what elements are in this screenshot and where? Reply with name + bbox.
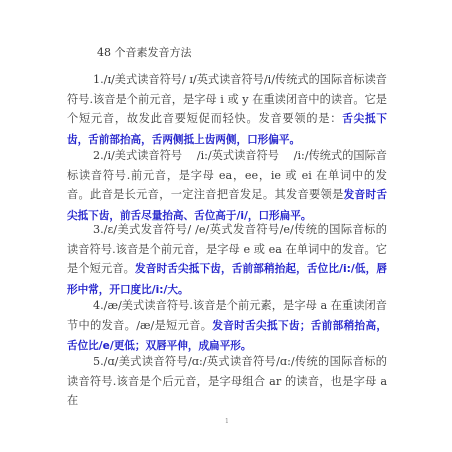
paragraph-text: 1./ɪ/美式读音符号/ ɪ/英式读音符号/i/传统式的国际音标读音符号.该音是… — [67, 73, 387, 125]
paragraph-2: 2./i/美式读音符号 /i:/英式读音符号 /i:/传统式的国际音标读音符号.… — [67, 146, 387, 226]
page-title: 48 个音素发音方法 — [97, 44, 192, 60]
paragraph-4: 4./æ/美式读音符号.该音是个前元素，是字母 a 在重读闭音节中的发音。/æ/… — [67, 296, 387, 357]
paragraph-5: 5./ɑ/美式读音符号/ɑ:/英式读音符号/ɑ:/传统的国际音标的读音符号.该音… — [67, 352, 387, 412]
paragraph-text: 2./i/美式读音符号 /i:/英式读音符号 /i:/传统式的国际音标读音符号.… — [67, 149, 387, 201]
paragraph-text: 5./ɑ/美式读音符号/ɑ:/英式读音符号/ɑ:/传统的国际音标的读音符号.该音… — [67, 355, 387, 407]
paragraph-3: 3./ɛ/美式发音符号/ /e/英式发音符号/e/传统的国际音标的读音符号.该音… — [67, 220, 387, 300]
paragraph-1: 1./ɪ/美式读音符号/ ɪ/英式读音符号/i/传统式的国际音标读音符号.该音是… — [67, 70, 387, 150]
page-number: 1 — [225, 418, 229, 425]
